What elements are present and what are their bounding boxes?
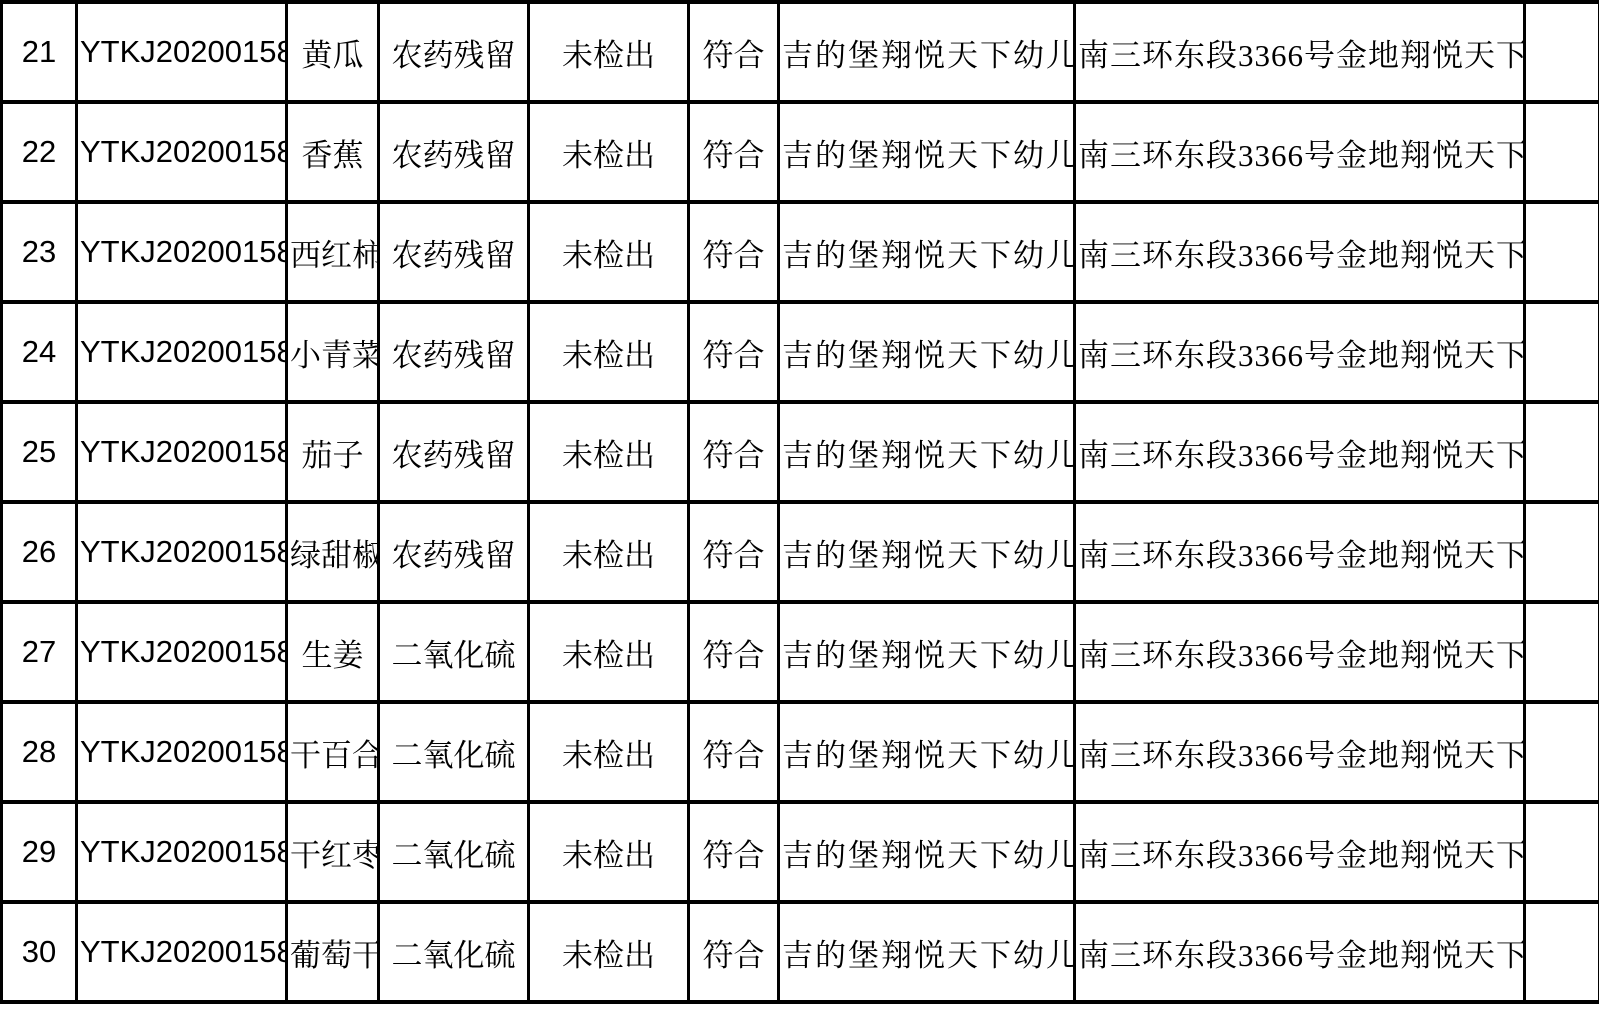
cell-test-item: 二氧化硫 bbox=[379, 902, 529, 1002]
cell-sample-code: YTKJ2020015831 bbox=[77, 202, 287, 302]
cell-test-result: 未检出 bbox=[529, 302, 689, 402]
cell-empty-cell bbox=[1525, 802, 1599, 902]
cell-sampled-unit: 吉的堡翔悦天下幼儿园 bbox=[779, 502, 1075, 602]
cell-unit-address: 南三环东段3366号金地翔悦天下 bbox=[1075, 302, 1525, 402]
cell-sample-code: YTKJ2020015833 bbox=[77, 402, 287, 502]
cell-sample-name: 绿甜椒 bbox=[287, 502, 379, 602]
cell-unit-address: 南三环东段3366号金地翔悦天下 bbox=[1075, 902, 1525, 1002]
table-row: 26YTKJ2020015834绿甜椒农药残留未检出符合吉的堡翔悦天下幼儿园南三… bbox=[2, 502, 1599, 602]
cell-row-number: 24 bbox=[2, 302, 77, 402]
cell-conclusion: 符合 bbox=[689, 102, 779, 202]
cell-empty-cell bbox=[1525, 302, 1599, 402]
cell-row-number: 27 bbox=[2, 602, 77, 702]
table-body: 21YTKJ2020015829黄瓜农药残留未检出符合吉的堡翔悦天下幼儿园南三环… bbox=[2, 2, 1599, 1002]
cell-empty-cell bbox=[1525, 2, 1599, 102]
table-row: 24YTKJ2020015832小青菜农药残留未检出符合吉的堡翔悦天下幼儿园南三… bbox=[2, 302, 1599, 402]
cell-row-number: 30 bbox=[2, 902, 77, 1002]
cell-unit-address: 南三环东段3366号金地翔悦天下 bbox=[1075, 602, 1525, 702]
cell-empty-cell bbox=[1525, 602, 1599, 702]
table-row: 28YTKJ2020015836干百合二氧化硫未检出符合吉的堡翔悦天下幼儿园南三… bbox=[2, 702, 1599, 802]
table-row: 25YTKJ2020015833茄子农药残留未检出符合吉的堡翔悦天下幼儿园南三环… bbox=[2, 402, 1599, 502]
cell-sampled-unit: 吉的堡翔悦天下幼儿园 bbox=[779, 602, 1075, 702]
cell-test-result: 未检出 bbox=[529, 102, 689, 202]
cell-sample-name: 干红枣 bbox=[287, 802, 379, 902]
cell-empty-cell bbox=[1525, 402, 1599, 502]
cell-sampled-unit: 吉的堡翔悦天下幼儿园 bbox=[779, 402, 1075, 502]
cell-sample-code: YTKJ2020015829 bbox=[77, 2, 287, 102]
cell-row-number: 21 bbox=[2, 2, 77, 102]
cell-conclusion: 符合 bbox=[689, 602, 779, 702]
cell-test-result: 未检出 bbox=[529, 802, 689, 902]
cell-test-item: 农药残留 bbox=[379, 502, 529, 602]
cell-sample-name: 葡萄干 bbox=[287, 902, 379, 1002]
cell-sample-code: YTKJ2020015835 bbox=[77, 602, 287, 702]
cell-sampled-unit: 吉的堡翔悦天下幼儿园 bbox=[779, 2, 1075, 102]
cell-test-item: 二氧化硫 bbox=[379, 602, 529, 702]
cell-conclusion: 符合 bbox=[689, 302, 779, 402]
cell-sample-name: 生姜 bbox=[287, 602, 379, 702]
cell-sampled-unit: 吉的堡翔悦天下幼儿园 bbox=[779, 102, 1075, 202]
cell-sample-name: 香蕉 bbox=[287, 102, 379, 202]
cell-unit-address: 南三环东段3366号金地翔悦天下 bbox=[1075, 402, 1525, 502]
cell-sample-code: YTKJ2020015830 bbox=[77, 102, 287, 202]
cell-empty-cell bbox=[1525, 202, 1599, 302]
cell-sample-code: YTKJ2020015832 bbox=[77, 302, 287, 402]
cell-row-number: 28 bbox=[2, 702, 77, 802]
document-page: 21YTKJ2020015829黄瓜农药残留未检出符合吉的堡翔悦天下幼儿园南三环… bbox=[0, 0, 1599, 1010]
cell-empty-cell bbox=[1525, 502, 1599, 602]
cell-test-item: 二氧化硫 bbox=[379, 802, 529, 902]
cell-sample-code: YTKJ2020015837 bbox=[77, 802, 287, 902]
cell-conclusion: 符合 bbox=[689, 502, 779, 602]
cell-unit-address: 南三环东段3366号金地翔悦天下 bbox=[1075, 102, 1525, 202]
cell-row-number: 25 bbox=[2, 402, 77, 502]
cell-test-result: 未检出 bbox=[529, 902, 689, 1002]
cell-empty-cell bbox=[1525, 102, 1599, 202]
cell-unit-address: 南三环东段3366号金地翔悦天下 bbox=[1075, 702, 1525, 802]
cell-test-result: 未检出 bbox=[529, 602, 689, 702]
table-row: 30YTKJ2020015838葡萄干二氧化硫未检出符合吉的堡翔悦天下幼儿园南三… bbox=[2, 902, 1599, 1002]
cell-test-item: 农药残留 bbox=[379, 302, 529, 402]
cell-sample-name: 西红柿 bbox=[287, 202, 379, 302]
cell-test-result: 未检出 bbox=[529, 702, 689, 802]
table-row: 21YTKJ2020015829黄瓜农药残留未检出符合吉的堡翔悦天下幼儿园南三环… bbox=[2, 2, 1599, 102]
cell-row-number: 23 bbox=[2, 202, 77, 302]
cell-row-number: 22 bbox=[2, 102, 77, 202]
cell-sampled-unit: 吉的堡翔悦天下幼儿园 bbox=[779, 202, 1075, 302]
cell-row-number: 26 bbox=[2, 502, 77, 602]
cell-sample-code: YTKJ2020015836 bbox=[77, 702, 287, 802]
table-row: 29YTKJ2020015837干红枣二氧化硫未检出符合吉的堡翔悦天下幼儿园南三… bbox=[2, 802, 1599, 902]
cell-sample-name: 黄瓜 bbox=[287, 2, 379, 102]
cell-sample-name: 小青菜 bbox=[287, 302, 379, 402]
cell-test-item: 农药残留 bbox=[379, 202, 529, 302]
cell-test-item: 农药残留 bbox=[379, 2, 529, 102]
cell-conclusion: 符合 bbox=[689, 702, 779, 802]
table-row: 22YTKJ2020015830香蕉农药残留未检出符合吉的堡翔悦天下幼儿园南三环… bbox=[2, 102, 1599, 202]
cell-test-result: 未检出 bbox=[529, 202, 689, 302]
table-row: 27YTKJ2020015835生姜二氧化硫未检出符合吉的堡翔悦天下幼儿园南三环… bbox=[2, 602, 1599, 702]
cell-sampled-unit: 吉的堡翔悦天下幼儿园 bbox=[779, 802, 1075, 902]
cell-sample-code: YTKJ2020015834 bbox=[77, 502, 287, 602]
cell-unit-address: 南三环东段3366号金地翔悦天下 bbox=[1075, 202, 1525, 302]
cell-sampled-unit: 吉的堡翔悦天下幼儿园 bbox=[779, 302, 1075, 402]
cell-test-result: 未检出 bbox=[529, 2, 689, 102]
cell-conclusion: 符合 bbox=[689, 2, 779, 102]
cell-sample-code: YTKJ2020015838 bbox=[77, 902, 287, 1002]
inspection-results-table: 21YTKJ2020015829黄瓜农药残留未检出符合吉的堡翔悦天下幼儿园南三环… bbox=[0, 0, 1599, 1004]
cell-test-result: 未检出 bbox=[529, 502, 689, 602]
cell-test-result: 未检出 bbox=[529, 402, 689, 502]
cell-unit-address: 南三环东段3366号金地翔悦天下 bbox=[1075, 502, 1525, 602]
cell-unit-address: 南三环东段3366号金地翔悦天下 bbox=[1075, 2, 1525, 102]
cell-test-item: 二氧化硫 bbox=[379, 702, 529, 802]
cell-conclusion: 符合 bbox=[689, 902, 779, 1002]
cell-test-item: 农药残留 bbox=[379, 402, 529, 502]
cell-row-number: 29 bbox=[2, 802, 77, 902]
cell-sampled-unit: 吉的堡翔悦天下幼儿园 bbox=[779, 902, 1075, 1002]
cell-sample-name: 茄子 bbox=[287, 402, 379, 502]
cell-sampled-unit: 吉的堡翔悦天下幼儿园 bbox=[779, 702, 1075, 802]
cell-unit-address: 南三环东段3366号金地翔悦天下 bbox=[1075, 802, 1525, 902]
cell-empty-cell bbox=[1525, 902, 1599, 1002]
cell-conclusion: 符合 bbox=[689, 802, 779, 902]
cell-empty-cell bbox=[1525, 702, 1599, 802]
cell-sample-name: 干百合 bbox=[287, 702, 379, 802]
table-row: 23YTKJ2020015831西红柿农药残留未检出符合吉的堡翔悦天下幼儿园南三… bbox=[2, 202, 1599, 302]
cell-conclusion: 符合 bbox=[689, 202, 779, 302]
cell-conclusion: 符合 bbox=[689, 402, 779, 502]
cell-test-item: 农药残留 bbox=[379, 102, 529, 202]
